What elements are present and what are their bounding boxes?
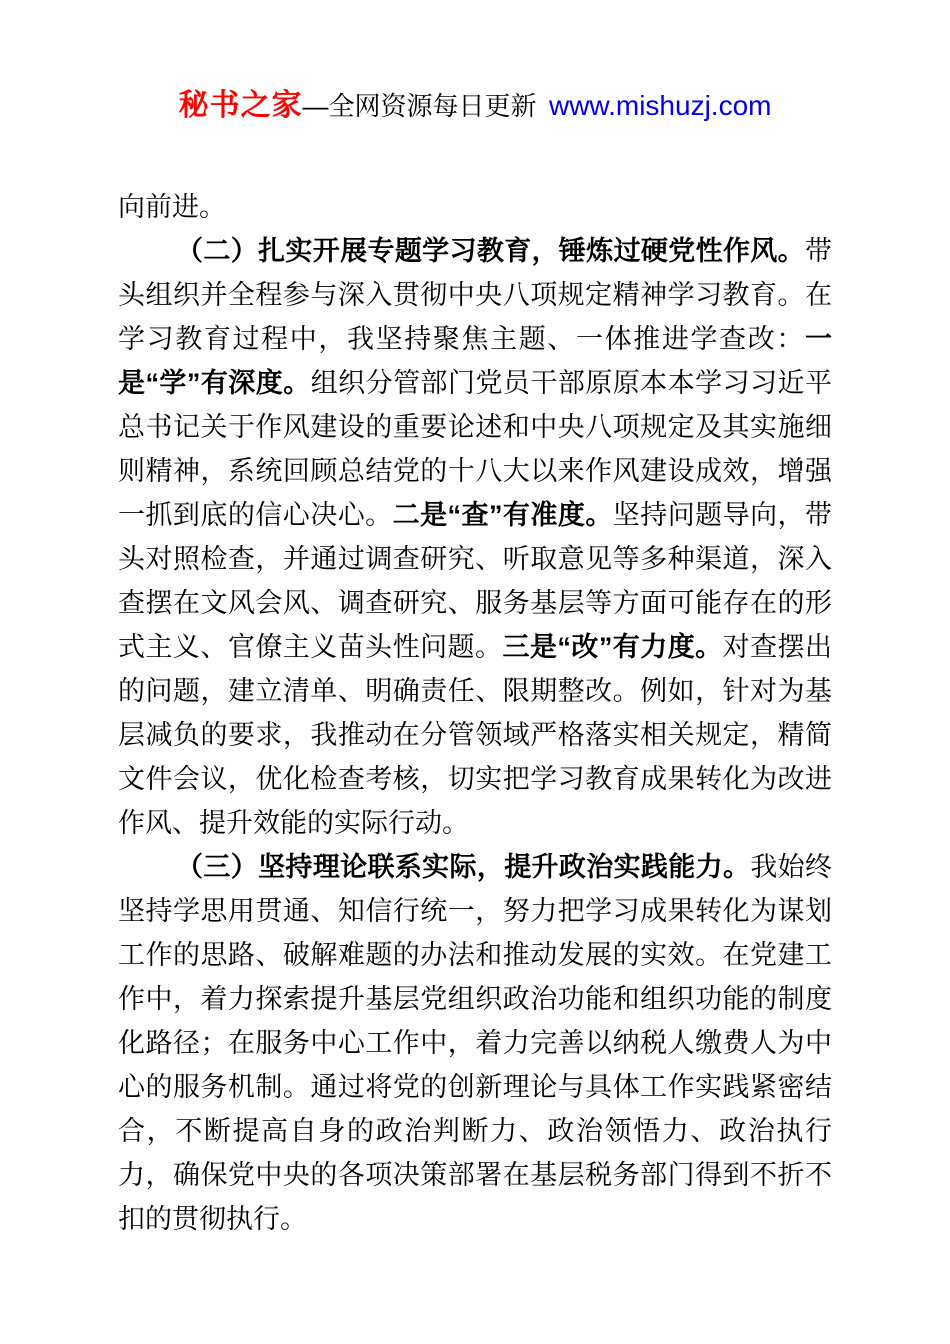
document-page: 秘书之家—全网资源每日更新 www.mishuzj.com 向前进。（二）扎实开… [0, 0, 950, 1344]
text-segment: 向前进。 [118, 192, 226, 222]
paragraph: 向前进。 [118, 185, 832, 229]
site-url-link[interactable]: www.mishuzj.com [549, 90, 771, 121]
document-body: 向前进。（二）扎实开展专题学习教育，锤炼过硬党性作风。带头组织并全程参与深入贯彻… [118, 185, 832, 1241]
paragraph: （二）扎实开展专题学习教育，锤炼过硬党性作风。带头组织并全程参与深入贯彻中央八项… [118, 229, 832, 845]
text-segment: 我始终坚持学思用贯通、知信行统一，努力把学习成果转化为谋划工作的思路、破解难题的… [118, 852, 832, 1234]
bold-text-segment: 三是“改”有力度。 [502, 632, 722, 662]
bold-text-segment: 二是“查”有准度。 [393, 500, 613, 530]
bold-text-segment: （三）坚持理论联系实际，提升政治实践能力。 [176, 852, 750, 882]
text-segment: 对查摆出的问题，建立清单、明确责任、限期整改。例如，针对为基层减负的要求，我推动… [118, 632, 832, 838]
site-name: 秘书之家 [179, 89, 303, 122]
bold-text-segment: （二）扎实开展专题学习教育，锤炼过硬党性作风。 [176, 236, 805, 266]
paragraph: （三）坚持理论联系实际，提升政治实践能力。我始终坚持学思用贯通、知信行统一，努力… [118, 845, 832, 1241]
site-tagline: —全网资源每日更新 [303, 91, 537, 121]
site-header: 秘书之家—全网资源每日更新 www.mishuzj.com [0, 0, 950, 131]
